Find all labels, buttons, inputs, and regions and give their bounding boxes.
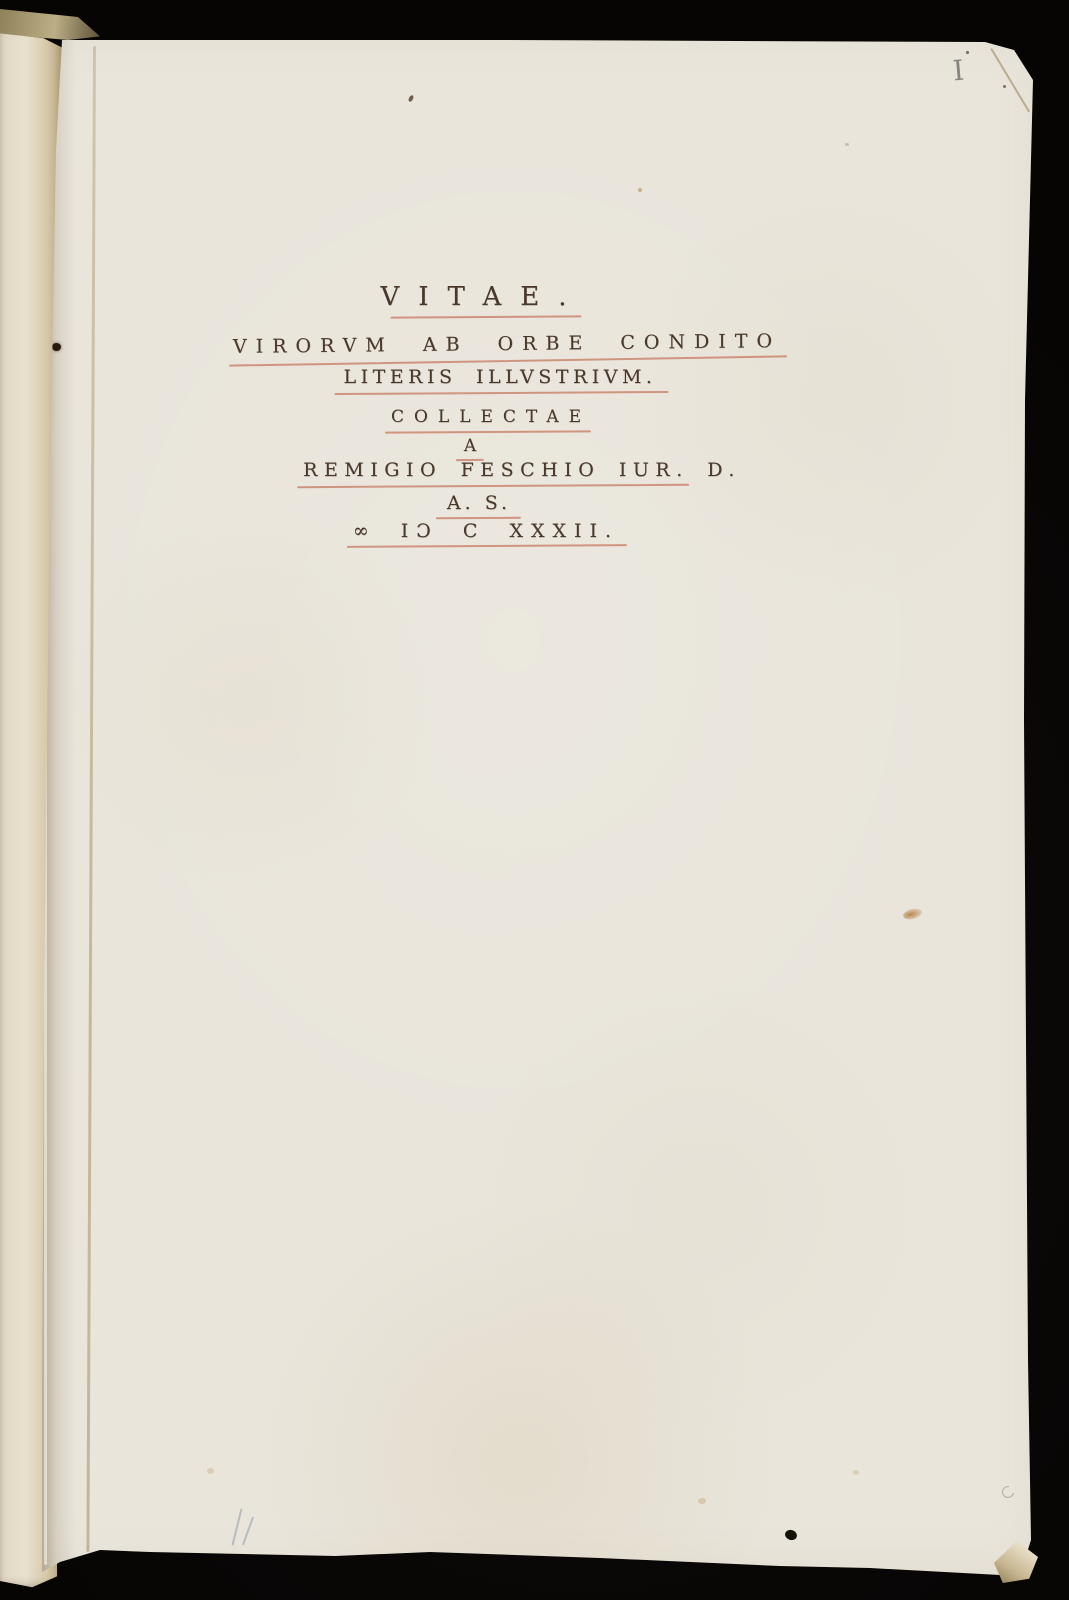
title-line-author: REMIGIO FESCHIO IUR. D. xyxy=(303,460,741,482)
manuscript-scan: I VITAE. VIRORVM AB ORBE CONDITO LITERIS… xyxy=(0,0,1069,1600)
foxing-spot xyxy=(207,1468,214,1474)
book-cover-edge xyxy=(0,4,100,40)
foxing-spot xyxy=(853,1470,859,1475)
foxing-spot xyxy=(638,188,642,192)
ink-speck xyxy=(408,94,415,102)
pencil-scribble xyxy=(242,1517,254,1546)
ink-blot xyxy=(784,1528,799,1541)
vertical-crease xyxy=(86,46,96,1552)
pencil-dot xyxy=(966,51,969,54)
wormhole xyxy=(52,343,61,351)
rust-stain xyxy=(902,907,923,921)
foxing-spot xyxy=(698,1498,706,1504)
foxing-spot xyxy=(845,143,849,146)
title-line-collectae: COLLECTAE xyxy=(391,408,591,428)
corner-crease xyxy=(990,48,1030,112)
pencil-squiggle xyxy=(1000,1484,1017,1501)
manuscript-page: I VITAE. VIRORVM AB ORBE CONDITO LITERIS… xyxy=(0,0,1069,1600)
title-line-date: ∞ IƆ C XXXII. xyxy=(353,521,619,543)
pencil-dot xyxy=(1003,85,1006,88)
title-line-virorum: VIRORVM AB ORBE CONDITO xyxy=(233,331,781,359)
title-line-anno: A. S. xyxy=(447,493,511,515)
pencil-scribble xyxy=(231,1508,242,1545)
folio-number: I xyxy=(952,57,965,86)
title-line-vitae: VITAE. xyxy=(381,283,586,313)
title-line-a: A xyxy=(464,437,476,457)
title-line-literis: LITERIS ILLVSTRIVM. xyxy=(344,367,657,389)
